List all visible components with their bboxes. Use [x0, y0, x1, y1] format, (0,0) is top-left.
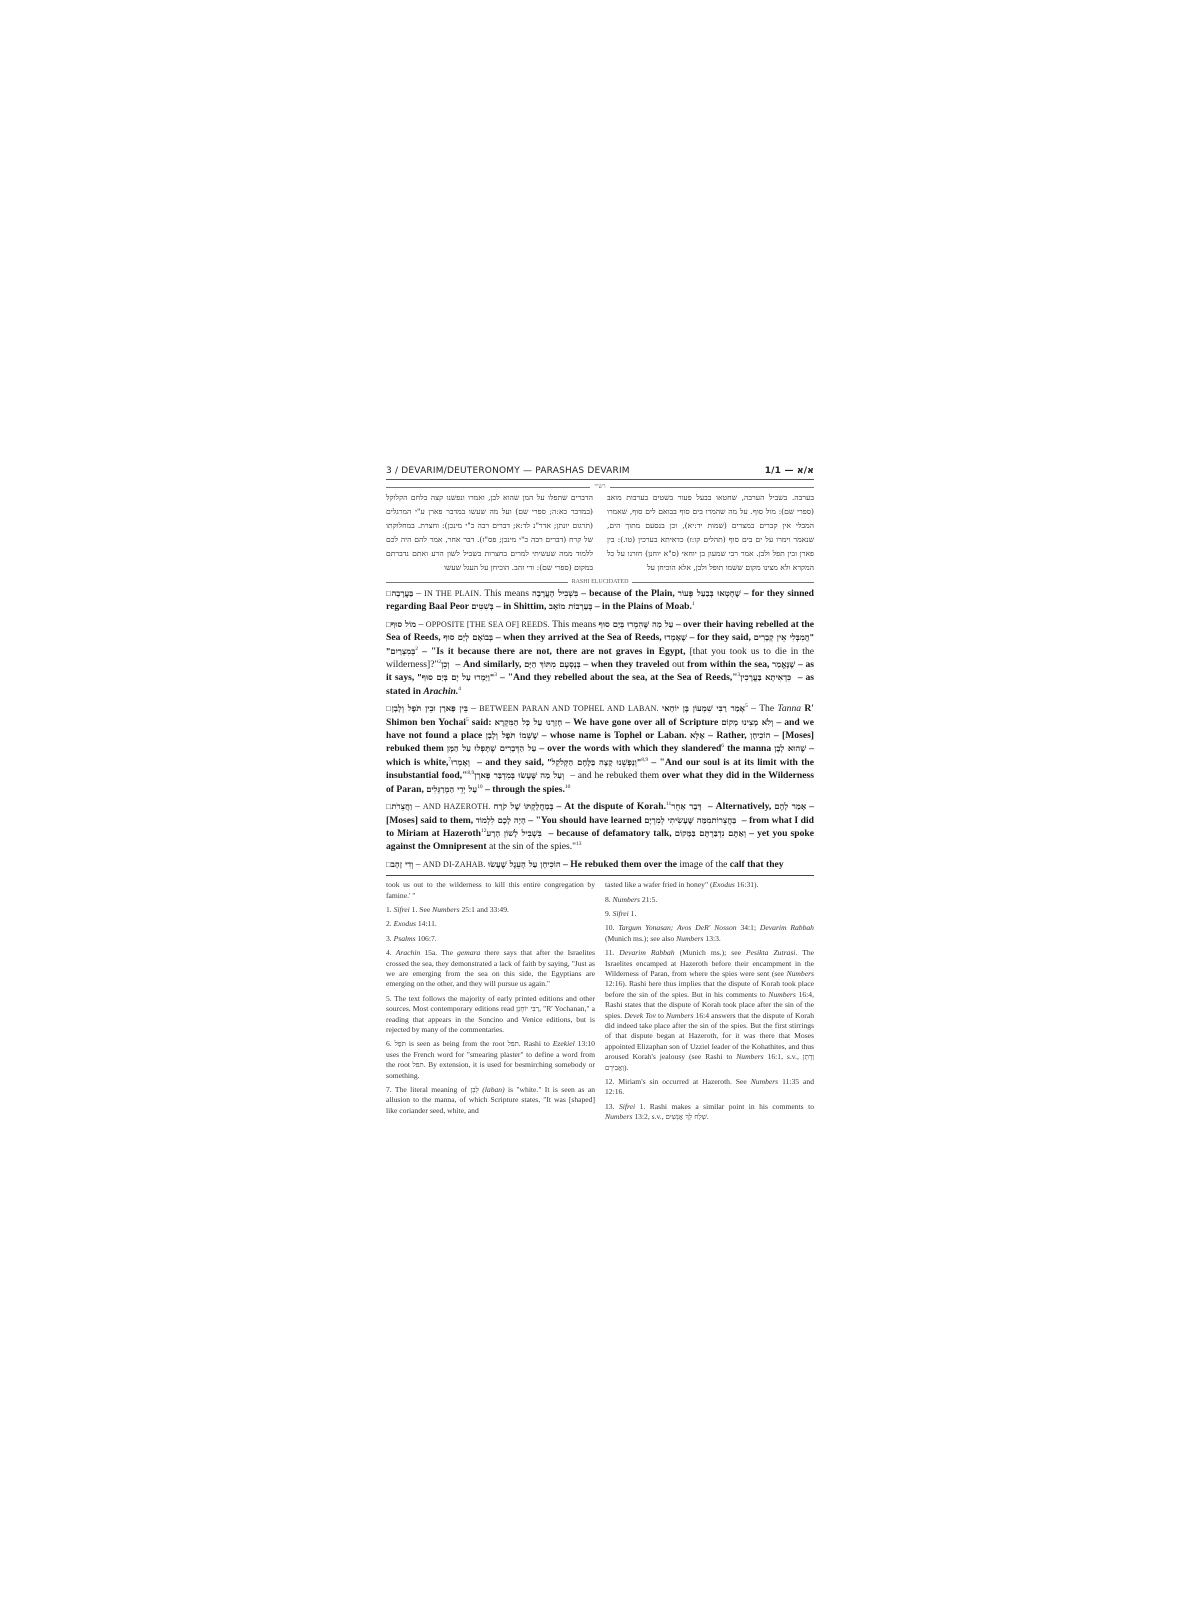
rashi-elucidated-text: □בַּעֲרָבָה – IN THE PLAIN. This means ב… — [386, 587, 814, 871]
hebrew-lemma: וַחֲצֵרֹת — [391, 801, 412, 811]
elucidation-entry: □מוֹל סוּף – OPPOSITE [THE SEA OF] REEDS… — [386, 618, 814, 698]
rashi-elucidated-label: RASHI ELUCIDATED — [572, 579, 629, 585]
translation-phrase: – in the Plains of Moab. — [592, 601, 691, 612]
footnotes: took us out to the wilderness to kill th… — [386, 880, 814, 1127]
hebrew-phrase: וְאָמְרוּ — [451, 757, 474, 767]
elucidation-entry: □בַּעֲרָבָה – IN THE PLAIN. This means ב… — [386, 587, 814, 614]
footnote-marker: 1 — [692, 601, 695, 607]
hebrew-lemma: בַּעֲרָבָה — [391, 588, 413, 598]
hebrew-phrase: בְּעַרְבוֹת מוֹאָב — [549, 601, 593, 611]
translation-phrase: – Rather, — [705, 730, 750, 741]
translation-phrase: calf that they — [730, 859, 784, 870]
italic-term: Tanna — [777, 703, 801, 714]
translation-phrase: – through the spies. — [483, 784, 565, 795]
explanatory-text: This means — [550, 619, 599, 630]
footnote: 5. The text follows the majority of earl… — [386, 994, 595, 1036]
elucidation-entry: □בֵּין פָּארָן וּבֵין תֹּפֶל וְלָבָן – B… — [386, 702, 814, 796]
hebrew-paragraph: הדברים שתפלו על המן שהוא לבן, ואמרו ונפש… — [386, 491, 593, 575]
footnote: 1. Sifrei 1. See Numbers 25:1 and 33:49. — [386, 905, 595, 915]
hebrew-phrase: "וַיַּמְרוּ עַל יָם בְּיַם סוּף" — [417, 672, 494, 682]
hebrew-phrase: עַל מַה שֶּׁהִמְרוּ בְּיַם סוּף — [599, 619, 674, 629]
hebrew-phrase: בִּשְׁבִיל לָשׁוֹן הָרָע — [487, 828, 546, 838]
hebrew-phrase: עַל הַדְּבָרִים שֶׁתָּפְלוּ עַל הַמָּן — [447, 743, 537, 753]
translation-phrase: – in Shittim, — [494, 601, 549, 612]
rashi-elucidated-divider: RASHI ELUCIDATED — [386, 579, 814, 585]
footnote-marker: 13 — [576, 841, 582, 847]
hebrew-paragraph: בערבה. בשביל הערבה, שחטאו בבעל פעור בשטי… — [607, 491, 814, 575]
translation-phrase: – for they said, — [687, 632, 754, 643]
hebrew-phrase: מִמַּה שֶּׁעָשִׂיתִי לְמִרְיָם — [644, 815, 711, 825]
explanatory-text: he rebuked them — [594, 770, 661, 781]
hebrew-phrase: כִּדְאִיתָא בַּעֲרָכִין — [740, 672, 794, 682]
translation-phrase: – And similarly, — [453, 659, 524, 670]
explanatory-text: – and — [567, 770, 594, 781]
hebrew-phrase: הוֹכִיחָן — [750, 730, 770, 740]
footnote: 4. Arachin 15a. The gemara there says th… — [386, 948, 595, 990]
hebrew-phrase: אָמַר רַבִּי שִׁמְעוֹן בֶּן יוֹחַאי — [662, 703, 745, 713]
footnote: 10. Targum Yonasan; Avos DeR' Nosson 34:… — [605, 923, 814, 944]
hebrew-phrase: וְעַל מַה שֶּׁעָשׂוּ בְּמִדְבַּר פָּארָן — [474, 770, 567, 780]
translation-phrase: – over the words with which they slander… — [536, 743, 721, 754]
explanatory-text: image of the — [679, 859, 729, 870]
translation-phrase: – "Is it because there are not, there ar… — [418, 646, 690, 657]
running-head: 3 / DEVARIM/DEUTERONOMY — PARASHAS DEVAR… — [386, 466, 814, 480]
translation-phrase: said: — [469, 717, 495, 728]
hebrew-phrase: חָזַרְנוּ עַל כָּל הַמִּקְרָא — [495, 717, 563, 727]
footnote: 7. The literal meaning of לָבָן (laban) … — [386, 1085, 595, 1116]
translation-phrase: – At the dispute of Korah. — [554, 801, 666, 812]
footnotes-right-column: tasted like a wafer fried in honey" (Exo… — [605, 880, 814, 1127]
hebrew-phrase: "וְנַפְשֵׁנוּ קָצָה בַּלֶּחֶם הַקְּלֹקֵל… — [547, 757, 641, 767]
hebrew-phrase: בְּשִׁטִּים — [471, 601, 493, 611]
english-lemma: IN THE PLAIN. — [424, 589, 481, 598]
hebrew-phrase: שֶׁנֶּאֱמַר — [772, 659, 795, 669]
translation-phrase: – when they traveled — [581, 659, 672, 670]
divider-rule-right — [632, 582, 814, 583]
hebrew-phrase: דָּבָר אַחֵר — [671, 801, 705, 811]
footnote-marker: 4 — [458, 686, 461, 692]
explanatory-text: out — [672, 659, 687, 670]
english-lemma: AND HAZEROTH. — [423, 802, 491, 811]
explanatory-text: This means — [481, 588, 532, 599]
hebrew-phrase: בְּמַחֲלָקְתּוֹ שֶׁל קֹרַח — [494, 801, 554, 811]
translation-phrase: – because of the Plain, — [578, 588, 678, 599]
footnote: 3. Psalms 106:7. — [386, 934, 595, 944]
hebrew-phrase: עַל יְדֵי הַמְרַגְּלִים — [426, 784, 477, 794]
translation-phrase: Arachin. — [423, 686, 458, 697]
hebrew-lemma: וְדִי זָהָב — [391, 859, 413, 869]
running-head-right: 1/1 — א/א — [765, 466, 814, 476]
translation-phrase: – He rebuked them over the — [561, 859, 680, 870]
book-page: 3 / DEVARIM/DEUTERONOMY — PARASHAS DEVAR… — [386, 466, 814, 1127]
footnote: took us out to the wilderness to kill th… — [386, 880, 595, 901]
translation-phrase: – because of defamatory talk, — [545, 828, 674, 839]
translation-phrase: – We have gone over all of Scripture — [562, 717, 721, 728]
hebrew-lemma: מוֹל סוּף — [391, 619, 416, 629]
hebrew-phrase: שֶׁחָטְאוּ בְּבַעַל פְּעוֹר — [678, 588, 741, 598]
hebrew-phrase: בְּנָסְעָם מִתּוֹךְ הַיָּם — [524, 659, 581, 669]
footnote: 13. Sifrei 1. Rashi makes a similar poin… — [605, 1102, 814, 1123]
translation-phrase: the manna — [724, 743, 774, 754]
translation-phrase: – "You should have learned — [526, 815, 644, 826]
explanatory-text: at the sin of the spies." — [487, 841, 576, 852]
hebrew-phrase: וְכֵן — [441, 659, 453, 669]
footnote: 2. Exodus 14:11. — [386, 919, 595, 929]
hebrew-phrase: הוֹכִיחָן עַל הָעֵגֶל שֶׁעָשׂוּ — [488, 859, 561, 869]
translation-phrase: – when they arrived at the Sea of Reeds, — [493, 632, 664, 643]
hebrew-phrase: הָיָה לָכֶם לִלְמוֹד — [476, 815, 526, 825]
footnote: 8. Numbers 21:5. — [605, 895, 814, 905]
divider-rule-left — [386, 487, 590, 488]
translation-phrase: from within the sea, — [687, 659, 772, 670]
footnote-rule — [386, 875, 814, 876]
explanatory-text: – The — [748, 703, 778, 714]
footnote: tasted like a wafer fried in honey" (Exo… — [605, 880, 814, 890]
hebrew-phrase: שֶׁאָמְרוּ — [664, 632, 687, 642]
english-lemma: BETWEEN PARAN AND TOPHEL AND LABAN. — [479, 704, 659, 713]
footnote: 9. Sifrei 1. — [605, 909, 814, 919]
hebrew-phrase: בִּשְׁבִיל הָעֲרָבָה — [532, 588, 578, 598]
hebrew-phrase: וְלֹא מָצִינוּ מָקוֹם — [721, 717, 773, 727]
translation-phrase: – and they said, — [474, 757, 547, 768]
footnote-marker: 10 — [565, 784, 571, 790]
hebrew-phrase: אָמַר לָהֶם — [774, 801, 806, 811]
hebrew-phrase: וְאַתֶּם נִדְבַּרְתֶּם בַּמָּקוֹם — [675, 828, 746, 838]
translation-phrase: – whose name is Tophel or Laban. — [538, 730, 690, 741]
elucidation-entry: □וְדִי זָהָב – AND DI-ZAHAB. הוֹכִיחָן ע… — [386, 858, 814, 871]
hebrew-phrase: בְּבוֹאָם לְיַם סוּף — [443, 632, 493, 642]
rashi-label: רש"י — [594, 484, 605, 490]
hebrew-phrase: אֶלָּא — [690, 730, 705, 740]
english-lemma: OPPOSITE [THE SEA OF] REEDS. — [426, 620, 550, 629]
translation-phrase: – "And they rebelled about the sea, at t… — [497, 672, 738, 683]
rashi-hebrew-right-column: בערבה. בשביל הערבה, שחטאו בבעל פעור בשטי… — [607, 491, 814, 575]
running-head-left: 3 / DEVARIM/DEUTERONOMY — PARASHAS DEVAR… — [386, 466, 630, 476]
elucidation-entry: □וַחֲצֵרֹת – AND HAZEROTH. בְּמַחֲלָקְתּ… — [386, 800, 814, 854]
hebrew-phrase: שֶׁשְּׁמוֹ תֹּפֶל וְלָבָן — [486, 730, 539, 740]
translation-phrase: – Alternatively, — [705, 801, 774, 812]
hebrew-phrase: בַּחֲצֵרוֹת — [712, 815, 740, 825]
divider-rule-right — [610, 487, 814, 488]
rashi-divider: רש"י — [386, 484, 814, 490]
hebrew-phrase: שֶׁהוּא לָבָן — [774, 743, 806, 753]
english-lemma: AND DI-ZAHAB. — [423, 860, 486, 869]
rashi-hebrew-left-column: הדברים שתפלו על המן שהוא לבן, ואמרו ונפש… — [386, 491, 593, 575]
rashi-hebrew-text: בערבה. בשביל הערבה, שחטאו בבעל פעור בשטי… — [386, 491, 814, 575]
divider-rule-left — [386, 582, 568, 583]
footnotes-left-column: took us out to the wilderness to kill th… — [386, 880, 595, 1127]
hebrew-lemma: בֵּין פָּארָן וּבֵין תֹּפֶל וְלָבָן — [392, 703, 468, 713]
footnote: 11. Devarim Rabbah (Munich ms.); see Pes… — [605, 948, 814, 1073]
footnote: 6. תֹּפֶל is seen as being from the root… — [386, 1039, 595, 1081]
footnote: 12. Miriam's sin occurred at Hazeroth. S… — [605, 1077, 814, 1098]
